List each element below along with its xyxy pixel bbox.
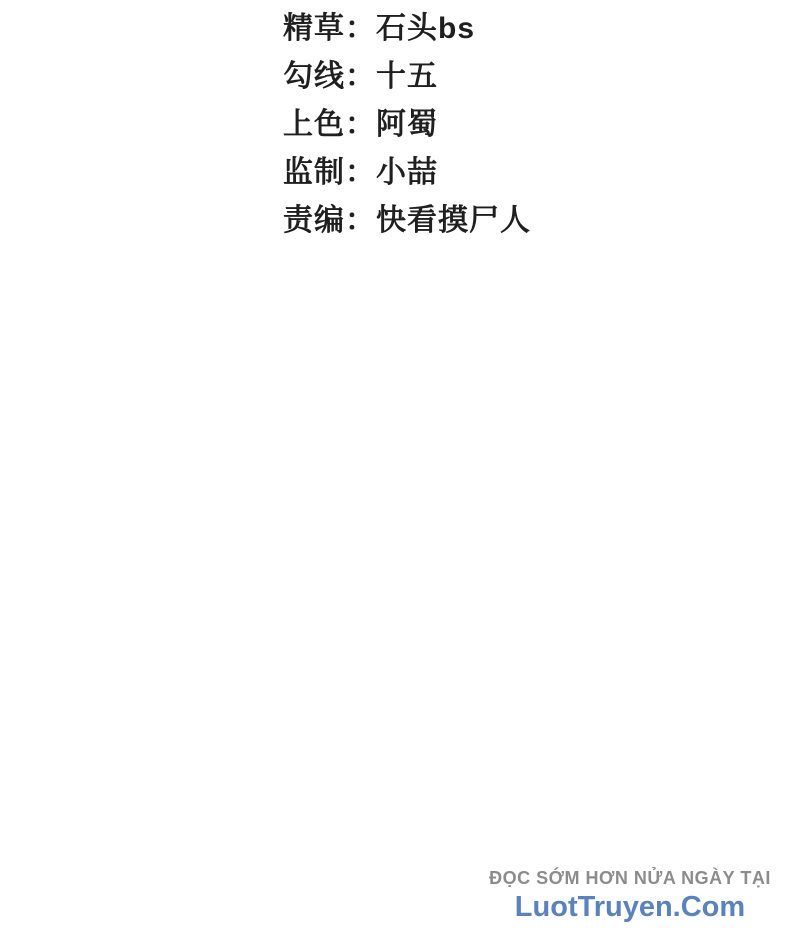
credit-line-inking: 勾线：十五 [283, 53, 531, 101]
site-watermark: ĐỌC SỚM HƠN NỬA NGÀY TẠI LuotTruyen.Com [430, 868, 800, 924]
credit-line-coloring: 上色：阿蜀 [283, 101, 531, 149]
watermark-site-name: LuotTruyen.Com [430, 891, 800, 924]
watermark-tagline: ĐỌC SỚM HƠN NỬA NGÀY TẠI [430, 868, 800, 889]
credit-line-fine-draft: 精草：石头bs [283, 5, 531, 53]
credit-line-editor: 责编：快看摸尸人 [283, 197, 531, 245]
credits-block: 精草：石头bs 勾线：十五 上色：阿蜀 监制：小喆 责编：快看摸尸人 [283, 5, 531, 245]
credit-line-supervisor: 监制：小喆 [283, 149, 531, 197]
